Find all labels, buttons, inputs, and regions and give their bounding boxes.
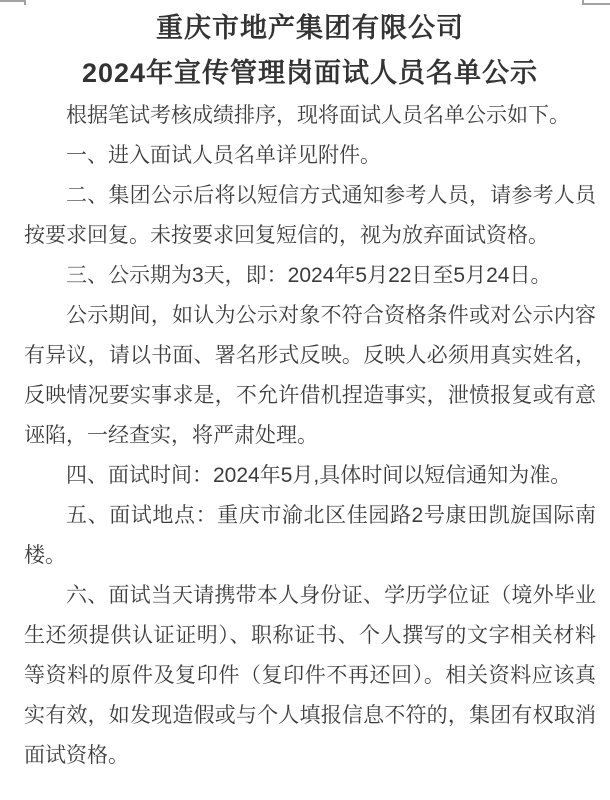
cropped-frame-fragment-right — [582, 0, 610, 5]
doc-title-company: 重庆市地产集团有限公司 — [24, 6, 596, 51]
doc-title-subject: 2024年宣传管理岗面试人员名单公示 — [24, 51, 596, 96]
paragraph-item-3: 三、公示期为3天，即：2024年5月22日至5月24日。 — [24, 256, 596, 296]
cropped-frame-fragment-left — [0, 0, 26, 5]
paragraph-item-4: 四、面试时间：2024年5月,具体时间以短信通知为准。 — [24, 456, 596, 496]
paragraph-objection: 公示期间，如认为公示对象不符合资格条件或对公示内容有异议，请以书面、署名形式反映… — [24, 296, 596, 456]
paragraph-item-1: 一、进入面试人员名单详见附件。 — [24, 136, 596, 176]
paragraph-item-6: 六、面试当天请携带本人身份证、学历学位证（境外毕业生还须提供认证证明）、职称证书… — [24, 576, 596, 776]
paragraph-item-5: 五、面试地点：重庆市渝北区佳园路2号康田凯旋国际南楼。 — [24, 496, 596, 576]
paragraph-item-2: 二、集团公示后将以短信方式通知参考人员，请参考人员按要求回复。未按要求回复短信的… — [24, 176, 596, 256]
announcement-document: 重庆市地产集团有限公司 2024年宣传管理岗面试人员名单公示 根据笔试考核成绩排… — [0, 6, 610, 776]
paragraph-intro: 根据笔试考核成绩排序，现将面试人员名单公示如下。 — [24, 96, 596, 136]
